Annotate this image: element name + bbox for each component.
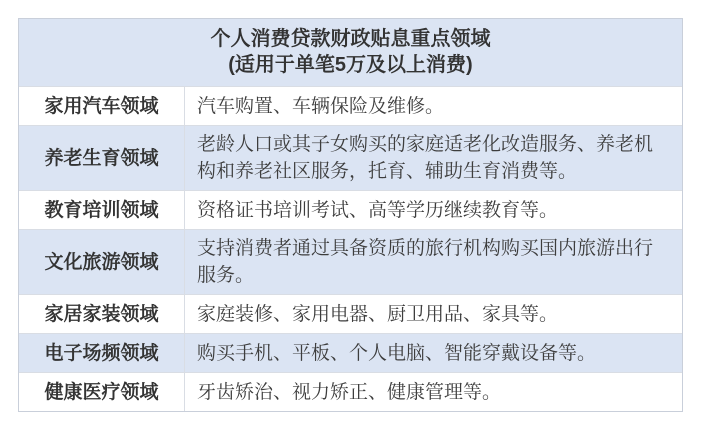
row-desc-cell: 家庭装修、家用电器、厨卫用品、家具等。 (185, 295, 682, 333)
table-row: 养老生育领域 老龄人口或其子女购买的家庭适老化改造服务、养老机构和养老社区服务，… (19, 126, 682, 191)
row-label-cell: 教育培训领域 (19, 191, 185, 229)
row-label-cell: 家居家装领域 (19, 295, 185, 333)
table-header: 个人消费贷款财政贴息重点领域 (适用于单笔5万及以上消费) (19, 19, 682, 87)
row-desc-cell: 购买手机、平板、个人电脑、智能穿戴设备等。 (185, 334, 682, 372)
subsidy-areas-table: 个人消费贷款财政贴息重点领域 (适用于单笔5万及以上消费) 家用汽车领域 汽车购… (18, 18, 683, 412)
table-body: 家用汽车领域 汽车购置、车辆保险及维修。 养老生育领域 老龄人口或其子女购买的家… (19, 87, 682, 411)
page: 个人消费贷款财政贴息重点领域 (适用于单笔5万及以上消费) 家用汽车领域 汽车购… (0, 0, 701, 443)
table-row: 电子场频领域 购买手机、平板、个人电脑、智能穿戴设备等。 (19, 334, 682, 373)
table-row: 家居家装领域 家庭装修、家用电器、厨卫用品、家具等。 (19, 295, 682, 334)
table-row: 家用汽车领域 汽车购置、车辆保险及维修。 (19, 87, 682, 126)
row-desc-cell: 汽车购置、车辆保险及维修。 (185, 87, 682, 125)
row-label-cell: 养老生育领域 (19, 126, 185, 190)
row-label-cell: 健康医疗领域 (19, 373, 185, 411)
row-desc-cell: 牙齿矫治、视力矫正、健康管理等。 (185, 373, 682, 411)
table-row: 健康医疗领域 牙齿矫治、视力矫正、健康管理等。 (19, 373, 682, 411)
table-row: 教育培训领域 资格证书培训考试、高等学历继续教育等。 (19, 191, 682, 230)
row-label-cell: 文化旅游领域 (19, 230, 185, 294)
row-label-cell: 家用汽车领域 (19, 87, 185, 125)
row-desc-cell: 支持消费者通过具备资质的旅行机构购买国内旅游出行服务。 (185, 230, 682, 294)
row-desc-cell: 资格证书培训考试、高等学历继续教育等。 (185, 191, 682, 229)
table-subtitle: (适用于单笔5万及以上消费) (29, 52, 672, 78)
row-desc-cell: 老龄人口或其子女购买的家庭适老化改造服务、养老机构和养老社区服务，托育、辅助生育… (185, 126, 682, 190)
row-label-cell: 电子场频领域 (19, 334, 185, 372)
table-row: 文化旅游领域 支持消费者通过具备资质的旅行机构购买国内旅游出行服务。 (19, 230, 682, 295)
table-title: 个人消费贷款财政贴息重点领域 (29, 26, 672, 52)
